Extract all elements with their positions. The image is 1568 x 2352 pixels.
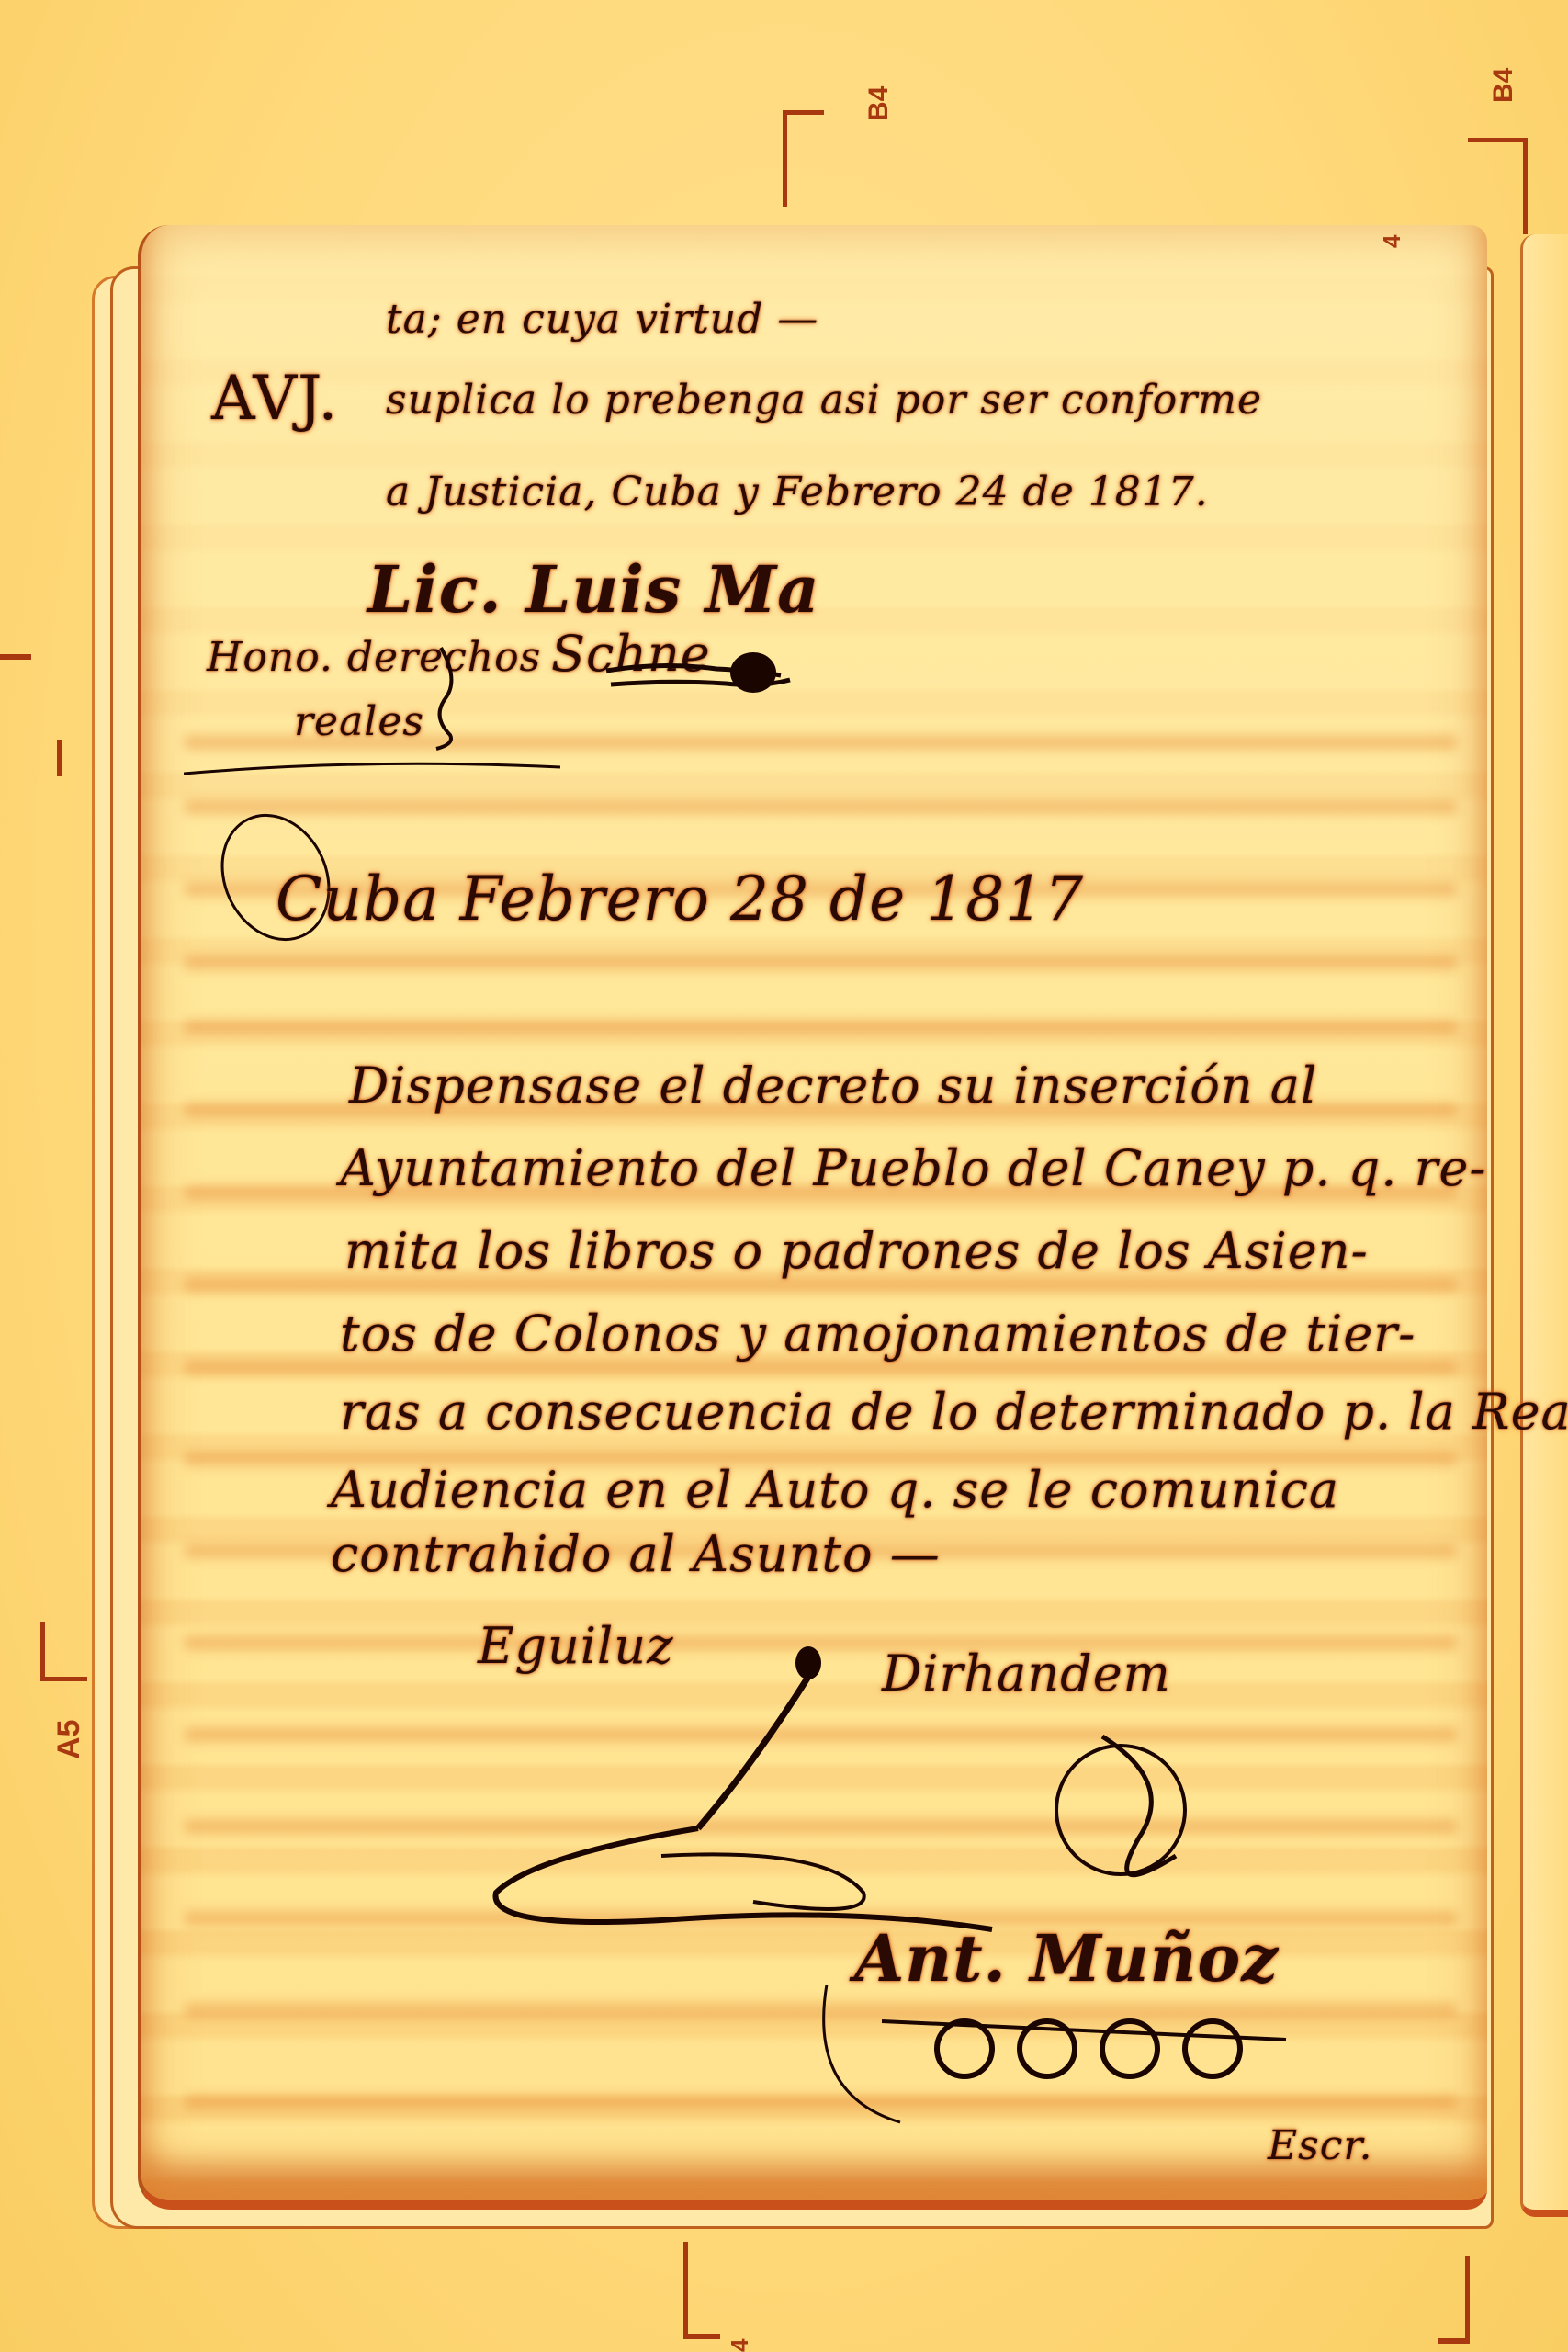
decree-line-3: mita los libros o padrones de los Asien- xyxy=(344,1222,1369,1280)
decree-line-2: Ayuntamiento del Pueblo del Caney p. q. … xyxy=(340,1139,1487,1197)
closing-right: Dirhandem xyxy=(882,1645,1171,1702)
crop-marker-top-left xyxy=(783,110,824,207)
page-number-top: 4 xyxy=(1378,235,1406,248)
notary-suffix: Escr. xyxy=(1268,2122,1373,2169)
entry-line-2: suplica lo prebenga asi por ser conforme xyxy=(386,377,1262,424)
marginal-code: AVJ. xyxy=(211,363,338,434)
left-tick-upper xyxy=(0,654,31,660)
crop-marker-top-right xyxy=(1468,138,1528,234)
decree-line-1: Dispensase el decreto su inserción al xyxy=(349,1057,1317,1114)
entry-line-3: a Justicia, Cuba y Febrero 24 de 1817. xyxy=(386,469,1209,515)
signature-name: Lic. Luis Ma xyxy=(367,551,820,628)
closing-left: Eguiluz xyxy=(478,1617,674,1675)
crop-marker-bottom-left xyxy=(683,2242,720,2339)
decree-line-6: Audiencia en el Auto q. se le comunica xyxy=(331,1461,1339,1519)
bleed-through xyxy=(184,799,1458,814)
decree-line-5: ras a consecuencia de lo determinado p. … xyxy=(340,1383,1568,1441)
marker-label-top-left: B4 xyxy=(863,86,895,121)
bleed-through xyxy=(184,1020,1458,1035)
crop-marker-left xyxy=(40,1622,87,1681)
decree-line-7: contrahido al Asunto — xyxy=(331,1525,941,1583)
page-number-bottom: 4 xyxy=(726,2339,754,2352)
entry-line-1: ta; en cuya virtud — xyxy=(386,296,818,343)
marginal-note-line-1: Hono. derechos xyxy=(207,634,541,681)
crop-marker-bottom-right xyxy=(1438,2256,1470,2344)
bleed-through xyxy=(184,1635,1458,1650)
bleed-through xyxy=(184,1727,1458,1742)
bleed-through xyxy=(184,955,1458,970)
marginal-note-line-2: reales xyxy=(294,698,424,745)
bleed-through xyxy=(184,2095,1458,2109)
notary-signature: Ant. Muñoz xyxy=(854,1920,1279,1996)
adjacent-page-edge xyxy=(1520,234,1568,2217)
marker-label-left: A5 xyxy=(51,1720,87,1759)
decree-line-4: tos de Colonos y amojonamientos de tier- xyxy=(340,1305,1416,1363)
left-tick-vertical xyxy=(57,740,62,776)
marker-label-top-right: B4 xyxy=(1488,68,1519,103)
signature-surname: Schne xyxy=(551,625,711,683)
decree-heading: Cuba Febrero 28 de 1817 xyxy=(276,864,1084,934)
bleed-through xyxy=(184,2003,1458,2018)
bleed-through xyxy=(184,1819,1458,1834)
